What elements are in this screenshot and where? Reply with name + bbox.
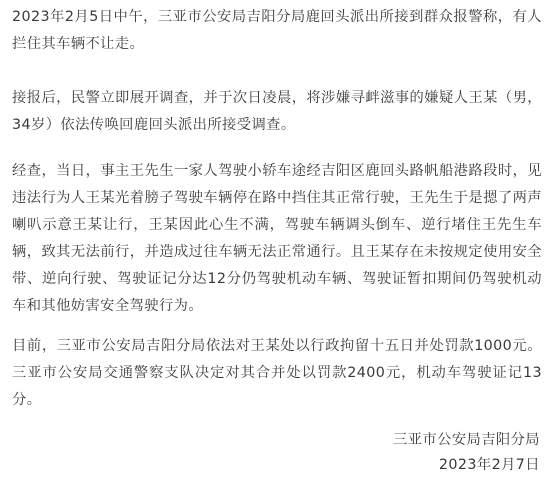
paragraph-penalty: 目前，三亚市公安局吉阳分局依法对王某处以行政拘留十五日并处罚款1000元。三亚市… [12, 333, 542, 414]
paragraph-investigation: 接报后，民警立即展开调查，并于次日凌晨，将涉嫌寻衅滋事的嫌疑人王某（男，34岁）… [12, 85, 542, 139]
paragraph-report-received: 2023年2月5日中午，三亚市公安局吉阳分局鹿回头派出所接到群众报警称，有人拦住… [12, 4, 542, 58]
paragraph-findings: 经查，当日，事主王先生一家人驾驶小轿车途经吉阳区鹿回头路帆船港路段时，见违法行为… [12, 158, 542, 320]
signature-date: 2023年2月7日 [439, 452, 540, 479]
signature-organization: 三亚市公安局吉阳分局 [393, 427, 540, 454]
